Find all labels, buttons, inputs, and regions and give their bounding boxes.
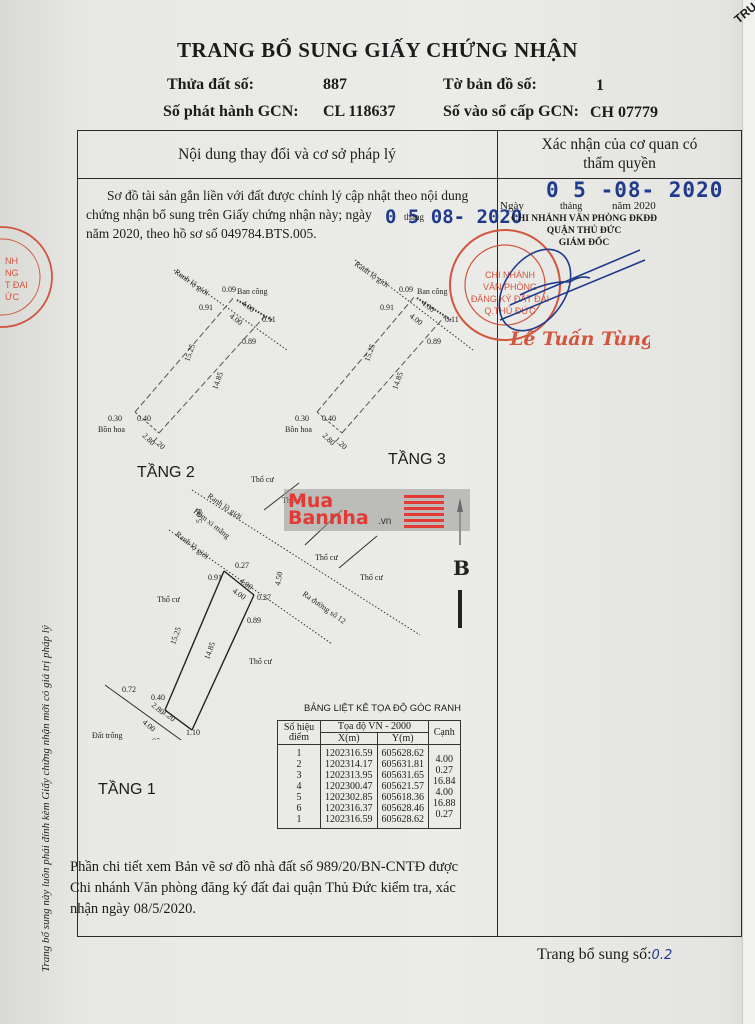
header-point: Số hiệu điểm — [278, 721, 321, 745]
supplement-page-label: Trang bổ sung số: — [537, 946, 652, 963]
header-edge: Cạnh — [429, 721, 461, 745]
map-sheet-label: Tờ bản đồ số: — [443, 76, 537, 94]
coord-table: Số hiệu điểm Tọa độ VN - 2000 Cạnh X(m) … — [277, 720, 461, 829]
table-cell: 605628.46 — [382, 803, 425, 814]
table-cell: 1202314.17 — [325, 759, 373, 770]
partial-seal-icon: NH NG T ĐAI ỨC — [0, 222, 60, 332]
cert-ngay: Ngày — [500, 200, 524, 212]
table-cell: 1202316.59 — [325, 814, 373, 825]
svg-text:ỨC: ỨC — [5, 292, 20, 302]
issue-no-value: CL 118637 — [323, 103, 395, 121]
svg-text:Thổ cư: Thổ cư — [315, 553, 338, 562]
footer-paragraph: Phần chi tiết xem Bản vẽ sơ đồ nhà đất s… — [70, 857, 458, 920]
register-no-value: CH 07779 — [590, 104, 658, 122]
watermark-line2: Bannha — [288, 510, 369, 527]
cert-thang: tháng — [560, 201, 582, 212]
table-cell: 1 — [282, 748, 316, 759]
svg-text:Bồn hoa: Bồn hoa — [285, 425, 312, 434]
svg-text:Ban công: Ban công — [417, 287, 447, 296]
svg-text:T ĐAI: T ĐAI — [5, 280, 28, 290]
svg-text:0.91: 0.91 — [208, 573, 222, 582]
svg-text:4.00: 4.00 — [408, 311, 425, 327]
svg-text:0.09: 0.09 — [222, 285, 236, 294]
column-right-header-line1: Xác nhận của cơ quan có — [497, 135, 742, 154]
floor-2-plan: Ranh lộ giới 0.09Ban công 0.910.11 4.00 … — [98, 267, 287, 451]
svg-text:0.11: 0.11 — [445, 315, 459, 324]
svg-text:0.91: 0.91 — [199, 303, 213, 312]
watermark-suffix: .vn — [378, 516, 391, 527]
supplement-page-value: 0.2 — [652, 948, 673, 963]
svg-text:0.30: 0.30 — [108, 414, 122, 423]
table-cell: 16.84 — [433, 776, 456, 787]
document-title: TRANG BỔ SUNG GIẤY CHỨNG NHẬN — [0, 38, 755, 63]
cert-nam: năm 2020 — [612, 200, 656, 212]
table-cell: 16.88 — [433, 798, 456, 809]
floor-2-label: TẦNG 2 — [137, 464, 195, 482]
coord-table-container: Số hiệu điểm Tọa độ VN - 2000 Cạnh X(m) … — [277, 720, 461, 829]
svg-text:Sân: Sân — [152, 737, 164, 740]
svg-text:B: B — [453, 556, 470, 580]
table-cell: 605621.57 — [382, 781, 425, 792]
svg-text:NH: NH — [5, 256, 18, 266]
supplement-page: Trang bổ sung số:0.2 — [537, 946, 672, 964]
table-cell: 1 — [282, 814, 316, 825]
table-cell: 3 — [282, 770, 316, 781]
header-coord: Tọa độ VN - 2000 — [321, 721, 429, 733]
table-cell: 1202316.37 — [325, 803, 373, 814]
floor-1-label: TẦNG 1 — [98, 781, 156, 799]
table-cell: 605628.62 — [382, 748, 425, 759]
cert-date-stamp: 0 5 -08- 2020 — [546, 178, 723, 202]
svg-text:4.50: 4.50 — [273, 571, 284, 586]
table-cell: 0.27 — [433, 765, 456, 776]
table-cell: 1202313.95 — [325, 770, 373, 781]
table-cell: 1202302.85 — [325, 792, 373, 803]
svg-text:Thổ cư: Thổ cư — [251, 475, 274, 484]
svg-text:0.91: 0.91 — [380, 303, 394, 312]
svg-text:Thổ cư: Thổ cư — [157, 595, 180, 604]
coord-table-title: BẢNG LIỆT KÊ TỌA ĐỘ GÓC RANH — [275, 703, 490, 714]
svg-text:0.40: 0.40 — [322, 414, 336, 423]
svg-text:0.89: 0.89 — [247, 616, 261, 625]
table-cell: 605618.36 — [382, 792, 425, 803]
svg-text:0.89: 0.89 — [427, 337, 441, 346]
svg-text:Ranh lộ giới: Ranh lộ giới — [353, 259, 391, 290]
y-column: 605628.62605631.81605631.65605621.576056… — [377, 745, 429, 829]
table-cell: 1202316.59 — [325, 748, 373, 759]
edge-column: 4.000.2716.844.0016.880.27 — [429, 745, 461, 829]
svg-text:Ranh lộ giới: Ranh lộ giới — [174, 529, 212, 561]
x-column: 1202316.591202314.171202313.951202300.47… — [321, 745, 378, 829]
svg-text:15.25: 15.25 — [182, 343, 197, 363]
intro-thang: tháng — [404, 212, 424, 222]
svg-text:0.27: 0.27 — [257, 593, 271, 602]
column-left-header: Nội dung thay đổi và cơ sở pháp lý — [77, 146, 497, 164]
svg-text:4.00: 4.00 — [240, 298, 257, 314]
parcel-label: Thửa đất số: — [167, 76, 254, 94]
svg-text:4.00: 4.00 — [228, 311, 245, 327]
side-note: Trang bổ sung này luôn phải đính kèm Giấ… — [40, 625, 52, 972]
table-cell: 4.00 — [433, 754, 456, 765]
issue-no-label: Số phát hành GCN: — [163, 103, 299, 121]
signer-name: Lê Tuấn Tùng — [509, 328, 650, 350]
footer-line3: nhận ngày 08/5/2020. — [70, 899, 458, 920]
table-cell: 2 — [282, 759, 316, 770]
header-y: Y(m) — [377, 733, 429, 745]
header-x: X(m) — [321, 733, 378, 745]
svg-text:Ra đường số 12: Ra đường số 12 — [301, 589, 348, 625]
table-cell: 5 — [282, 792, 316, 803]
footer-line2: Chi nhánh Văn phòng đăng ký đất đai quận… — [70, 878, 458, 899]
svg-text:Thổ cư: Thổ cư — [360, 573, 383, 582]
map-sheet-value: 1 — [596, 77, 604, 95]
table-cell: 6 — [282, 803, 316, 814]
column-right-header-line2: thẩm quyền — [497, 154, 742, 173]
column-right-header: Xác nhận của cơ quan có thẩm quyền — [497, 135, 742, 173]
svg-text:Bồn hoa: Bồn hoa — [98, 425, 125, 434]
svg-text:14.85: 14.85 — [210, 371, 225, 391]
svg-text:4.00: 4.00 — [141, 718, 158, 734]
table-cell: 1202300.47 — [325, 781, 373, 792]
table-cell: 605628.62 — [382, 814, 425, 825]
svg-text:1.10: 1.10 — [186, 728, 200, 737]
svg-text:14.85: 14.85 — [390, 371, 405, 391]
point-column: 1234561 — [278, 745, 321, 829]
floor-3-label: TẦNG 3 — [388, 451, 446, 469]
svg-text:NG: NG — [5, 268, 19, 278]
register-no-label: Số vào sổ cấp GCN: — [443, 103, 579, 121]
table-cell: 4 — [282, 781, 316, 792]
table-cell: 605631.65 — [382, 770, 425, 781]
svg-text:0.40: 0.40 — [151, 693, 165, 702]
table-cell: 0.27 — [433, 809, 456, 820]
svg-text:0.40: 0.40 — [137, 414, 151, 423]
svg-text:15.25: 15.25 — [362, 343, 377, 363]
svg-text:14.85: 14.85 — [202, 641, 217, 661]
page-edge — [742, 0, 755, 1024]
intro-line1: Sơ đồ tài sản gắn liền với đất được chỉn… — [86, 186, 496, 205]
svg-text:15.25: 15.25 — [168, 626, 183, 646]
floor-3-plan: Ranh lộ giới 0.09Ban công 0.910.11 4.00 … — [285, 259, 473, 451]
svg-text:0.09: 0.09 — [399, 285, 413, 294]
table-cell: 605631.81 — [382, 759, 425, 770]
footer-line1: Phần chi tiết xem Bản vẽ sơ đồ nhà đất s… — [70, 857, 458, 878]
svg-text:Ban công: Ban công — [237, 287, 267, 296]
parcel-value: 887 — [323, 76, 347, 94]
table-cell: 4.00 — [433, 787, 456, 798]
svg-text:0.72: 0.72 — [122, 685, 136, 694]
watermark-building-icon — [404, 492, 444, 528]
svg-text:1.20: 1.20 — [333, 435, 349, 451]
watermark: Mua Bannha .vn — [284, 489, 470, 531]
svg-text:Đất trống: Đất trống — [92, 731, 122, 740]
f2-ranh: Ranh lộ giới — [173, 267, 211, 298]
svg-text:0.11: 0.11 — [262, 315, 276, 324]
svg-text:Thổ cư: Thổ cư — [249, 657, 272, 666]
svg-text:0.27: 0.27 — [235, 561, 249, 570]
svg-text:0.89: 0.89 — [242, 337, 256, 346]
svg-text:0.30: 0.30 — [295, 414, 309, 423]
